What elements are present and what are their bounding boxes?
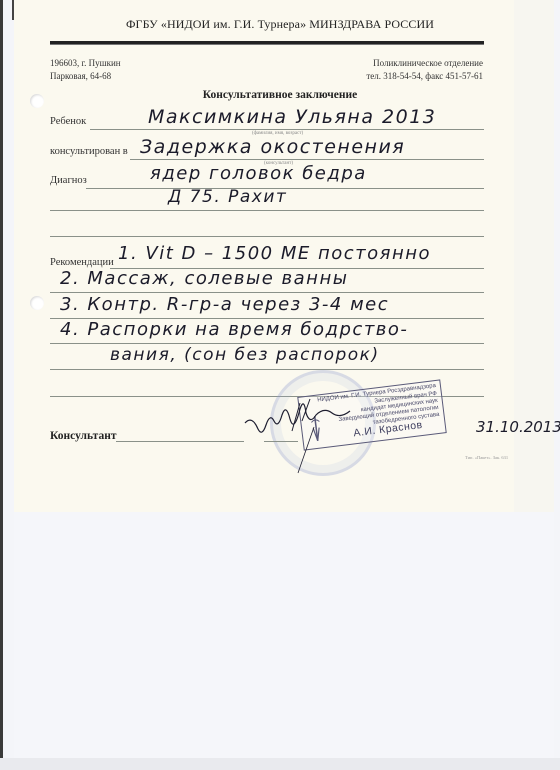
child-value: Максимкина Ульяна 2013 — [148, 106, 436, 128]
header-divider — [50, 41, 484, 45]
print-mark: Тип. «Пакет». Зак. 631 — [465, 455, 508, 460]
diagnosis-line-2 — [50, 210, 484, 211]
department-phone: тел. 318-54-54, факс 451-57-61 — [366, 70, 483, 83]
scanner-blank-area — [14, 512, 554, 770]
child-line — [90, 129, 484, 130]
consultant-line — [116, 441, 244, 442]
recommendations-line-2 — [50, 292, 484, 293]
recommendation-5: вания, (сон без распорок) — [110, 345, 380, 365]
organization-name: ФГБУ «НИДОИ им. Г.И. Турнера» МИНЗДРАВА … — [0, 17, 560, 32]
recommendations-line-5 — [50, 369, 484, 370]
department-block: Поликлиническое отделение тел. 318-54-54… — [366, 57, 483, 83]
recommendations-line-4 — [50, 343, 484, 344]
address-line: 196603, г. Пушкин — [50, 57, 121, 70]
punch-hole-bottom — [30, 296, 44, 310]
document-title: Консультативное заключение — [0, 89, 560, 101]
recommendations-label: Рекомендации — [50, 257, 114, 268]
department-name: Поликлиническое отделение — [366, 57, 483, 70]
recommendation-2: 2. Массаж, солевые ванны — [60, 268, 348, 289]
consulted-in-value: Задержка окостенения — [140, 136, 405, 158]
recommendation-1: 1. Vit D – 1500 МЕ постоянно — [118, 243, 431, 264]
signature-icon — [240, 385, 380, 475]
consulted-in-line — [130, 159, 484, 160]
signature-line — [264, 441, 298, 442]
address-block: 196603, г. Пушкин Парковая, 64-68 — [50, 57, 121, 83]
consultant-label: Консультант — [50, 430, 116, 442]
consultation-date: 31.10.2013 — [476, 418, 560, 436]
recommendation-4: 4. Распорки на время бодрство- — [60, 319, 408, 340]
diagnosis-value-1: ядер головок бедра — [150, 163, 367, 184]
address-line: Парковая, 64-68 — [50, 70, 121, 83]
scan-edge — [0, 0, 3, 770]
consulted-in-label: консультирован в — [50, 146, 128, 157]
diagnosis-label: Диагноз — [50, 175, 87, 186]
recommendation-3: 3. Контр. R-гр-а через 3-4 мес — [60, 294, 389, 315]
scanner-shadow — [0, 758, 560, 770]
diagnosis-value-2: Д 75. Рахит — [168, 187, 287, 207]
child-label: Ребенок — [50, 116, 86, 127]
diagnosis-line-3 — [50, 236, 484, 237]
